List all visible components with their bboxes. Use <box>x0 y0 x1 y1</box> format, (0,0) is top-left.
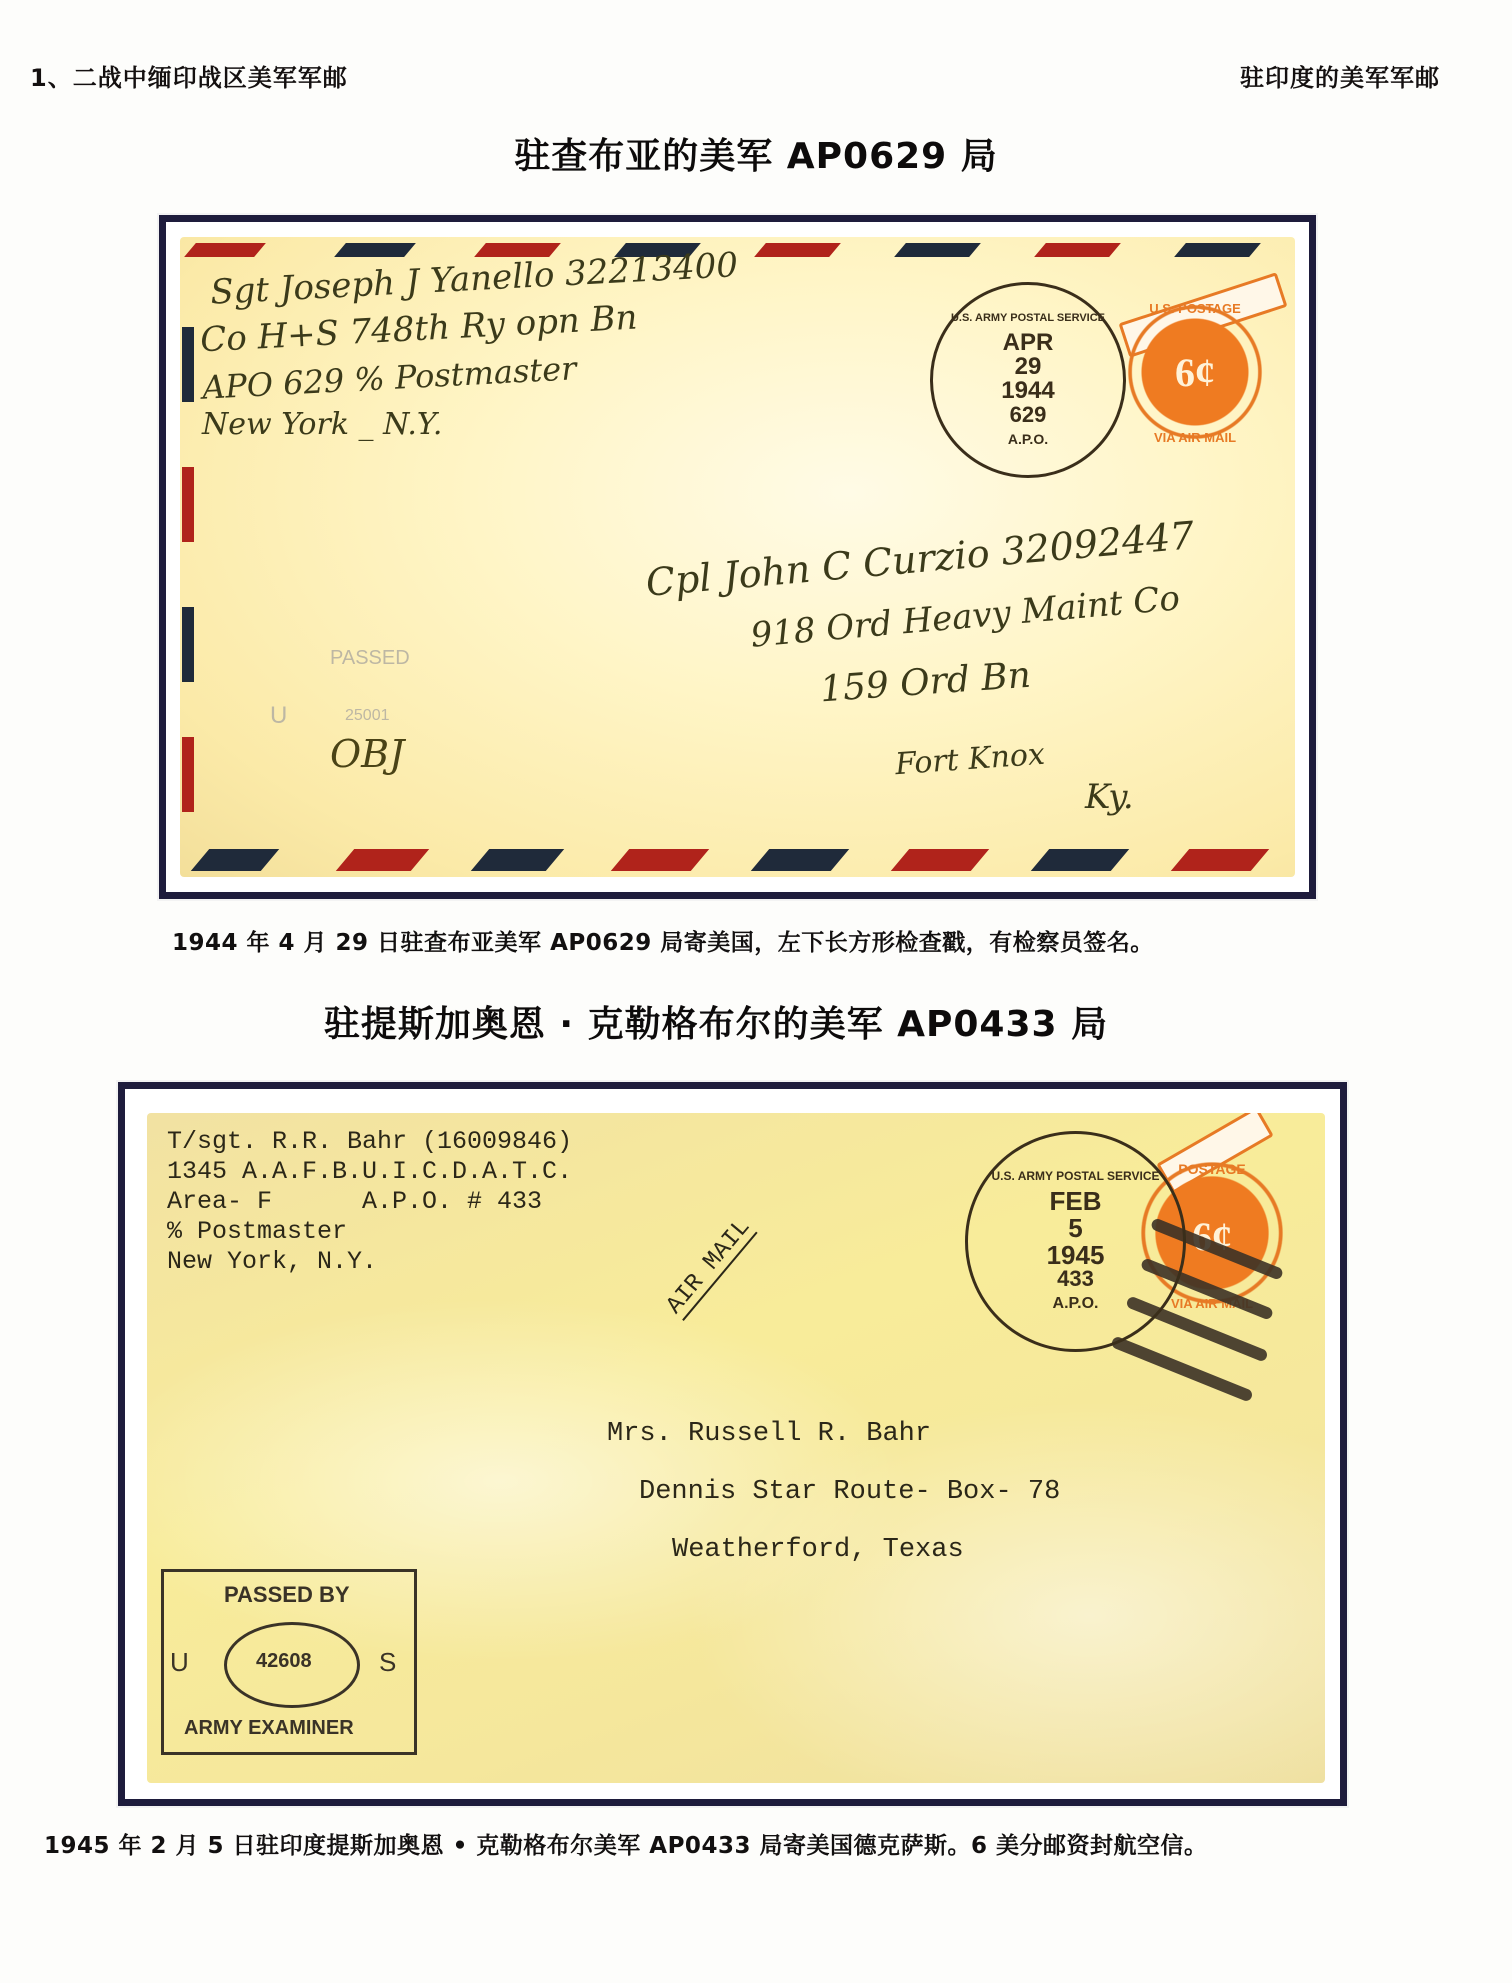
recipient-line: Fort Knox <box>894 737 1046 782</box>
sender-line: New York, N.Y. <box>167 1247 377 1276</box>
airmail-border-left <box>182 237 194 877</box>
postmark-bottom-text: A.P.O. <box>1008 432 1048 446</box>
recipient-line: Dennis Star Route- Box- 78 <box>639 1477 1060 1507</box>
airmail-border-bottom <box>180 849 1295 871</box>
censor-number: 25001 <box>345 707 390 725</box>
page-header-right: 驻印度的美军军邮 <box>1240 58 1440 93</box>
stamp-top-text: U.S. POSTAGE <box>1110 301 1280 316</box>
postmark-day: 29 <box>1015 355 1042 379</box>
sender-line: T/sgt. R.R. Bahr (16009846) <box>167 1127 572 1156</box>
postmark-apo: 433 <box>1057 1268 1094 1290</box>
postmark-year: 1944 <box>1001 379 1054 403</box>
postmark-ring-text: U.S. ARMY POSTAL SERVICE <box>991 1170 1159 1182</box>
sender-line: 1345 A.A.F.B.U.I.C.D.A.T.C. <box>167 1157 572 1186</box>
postmark-apo: 629 <box>1010 404 1047 426</box>
postmark-month: FEB <box>1050 1188 1102 1215</box>
cover-frame-apo629: Sgt Joseph J Yanello 32213400 Co H+S 748… <box>159 215 1316 899</box>
censor-number: 42608 <box>256 1650 312 1673</box>
censor-mark-faint: PASSED U 25001 OBJ <box>270 647 470 797</box>
army-postal-postmark: U.S. ARMY POSTAL SERVICE APR 29 1944 629… <box>930 282 1126 478</box>
postmark-bottom-text: A.P.O. <box>1053 1296 1099 1312</box>
censor-letter-u: U <box>270 702 287 730</box>
recipient-line: Weatherford, Texas <box>672 1535 964 1565</box>
sender-line: Area- F A.P.O. # 433 <box>167 1187 542 1216</box>
sender-line: APO 629 % Postmaster <box>201 349 577 407</box>
caption-apo433: 1945 年 2 月 5 日驻印度提斯加奥恩 • 克勒格布尔美军 AP0433 … <box>44 1827 1207 1860</box>
recipient-line: 159 Ord Bn <box>819 655 1032 711</box>
censor-letter-s: S <box>379 1647 396 1678</box>
sender-line: New York _ N.Y. <box>202 407 442 442</box>
section-title-apo629: 驻查布亚的美军 AP0629 局 <box>0 128 1512 179</box>
censor-letter-u: U <box>170 1647 189 1678</box>
recipient-line: Mrs. Russell R. Bahr <box>607 1419 931 1449</box>
censor-label: PASSED BY <box>224 1582 350 1608</box>
army-postal-postmark: U.S. ARMY POSTAL SERVICE FEB 5 1945 433 … <box>965 1131 1186 1352</box>
censor-box: PASSED BY 42608 U S ARMY EXAMINER <box>161 1569 417 1755</box>
airmail-envelope-1944: Sgt Joseph J Yanello 32213400 Co H+S 748… <box>180 237 1295 877</box>
stamp-bottom-text: VIA AIR MAIL <box>1110 430 1280 445</box>
censor-footer: ARMY EXAMINER <box>184 1717 354 1740</box>
cover-frame-apo433: T/sgt. R.R. Bahr (16009846) 1345 A.A.F.B… <box>118 1082 1347 1806</box>
recipient-line: Ky. <box>1085 777 1134 817</box>
airmail-border-top <box>180 243 1295 257</box>
page-header-left: 1、二战中缅印战区美军军邮 <box>30 58 348 93</box>
sender-line: % Postmaster <box>167 1217 347 1246</box>
censor-signature: OBJ <box>330 732 404 776</box>
section-title-apo433: 驻提斯加奥恩 · 克勒格布尔的美军 AP0433 局 <box>0 996 1472 1047</box>
caption-apo629: 1944 年 4 月 29 日驻查布亚美军 AP0629 局寄美国，左下长方形检… <box>172 924 1154 957</box>
airmail-label: AIR MAIL <box>661 1214 757 1321</box>
stamp-denomination: 6¢ <box>1110 349 1280 396</box>
airmail-stamp: U.S. POSTAGE 6¢ VIA AIR MAIL <box>1110 287 1280 457</box>
postmark-year: 1945 <box>1047 1242 1105 1269</box>
airmail-envelope-1945: T/sgt. R.R. Bahr (16009846) 1345 A.A.F.B… <box>147 1113 1325 1783</box>
postmark-ring-text: U.S. ARMY POSTAL SERVICE <box>951 313 1105 324</box>
censor-label: PASSED <box>330 647 410 670</box>
postmark-month: APR <box>1003 331 1054 355</box>
postmark-day: 5 <box>1068 1215 1082 1242</box>
